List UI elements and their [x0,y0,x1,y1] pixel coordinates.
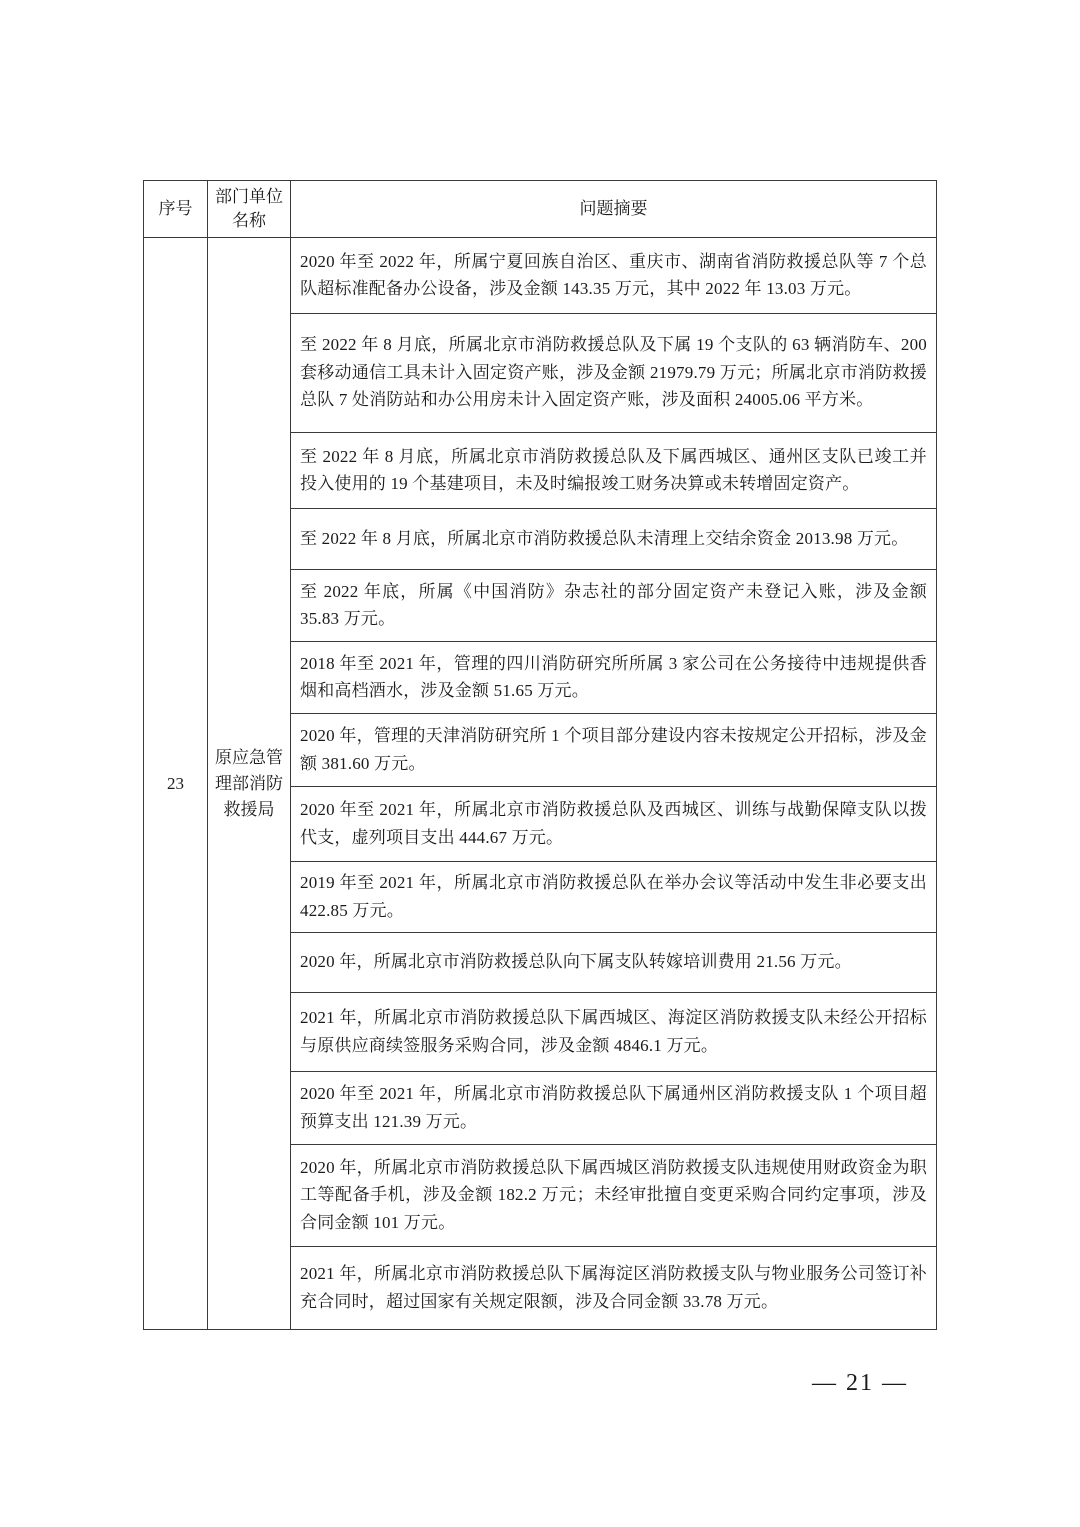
issue-summary-cell: 2020 年，所属北京市消防救援总队下属西城区消防救援支队违规使用财政资金为职工… [291,1145,937,1247]
issue-summary-cell: 至 2022 年 8 月底，所属北京市消防救援总队及下属西城区、通州区支队已竣工… [291,433,937,509]
issue-summary-cell: 2021 年，所属北京市消防救援总队下属西城区、海淀区消防救援支队未经公开招标与… [291,993,937,1072]
issue-summary-cell: 2020 年至 2021 年，所属北京市消防救援总队及西城区、训练与战勤保障支队… [291,787,937,862]
header-department: 部门单位名称 [208,181,291,238]
table-row: 23原应急管理部消防救援局2020 年至 2022 年，所属宁夏回族自治区、重庆… [144,238,937,314]
issue-summary-cell: 至 2022 年 8 月底，所属北京市消防救援总队未清理上交结余资金 2013.… [291,509,937,570]
issue-summary-cell: 2020 年至 2022 年，所属宁夏回族自治区、重庆市、湖南省消防救援总队等 … [291,238,937,314]
issue-summary-cell: 2020 年至 2021 年，所属北京市消防救援总队下属通州区消防救援支队 1 … [291,1072,937,1145]
header-issue-summary: 问题摘要 [291,181,937,238]
issue-summary-cell: 至 2022 年底，所属《中国消防》杂志社的部分固定资产未登记入账，涉及金额 3… [291,570,937,642]
department-name-cell: 原应急管理部消防救援局 [208,238,291,1330]
issue-summary-cell: 2021 年，所属北京市消防救援总队下属海淀区消防救援支队与物业服务公司签订补充… [291,1247,937,1330]
header-serial-number: 序号 [144,181,208,238]
issue-summary-cell: 2020 年，所属北京市消防救援总队向下属支队转嫁培训费用 21.56 万元。 [291,933,937,993]
serial-number-cell: 23 [144,238,208,1330]
page-number: — 21 — [800,1370,920,1397]
issue-summary-cell: 2020 年，管理的天津消防研究所 1 个项目部分建设内容未按规定公开招标，涉及… [291,714,937,787]
table-body: 23原应急管理部消防救援局2020 年至 2022 年，所属宁夏回族自治区、重庆… [144,238,937,1330]
issue-summary-cell: 2019 年至 2021 年，所属北京市消防救援总队在举办会议等活动中发生非必要… [291,862,937,933]
issue-summary-cell: 2018 年至 2021 年，管理的四川消防研究所所属 3 家公司在公务接待中违… [291,642,937,714]
audit-issues-table: 序号 部门单位名称 问题摘要 23原应急管理部消防救援局2020 年至 2022… [143,180,937,1330]
table-header-row: 序号 部门单位名称 问题摘要 [144,181,937,238]
issue-summary-cell: 至 2022 年 8 月底，所属北京市消防救援总队及下属 19 个支队的 63 … [291,314,937,433]
